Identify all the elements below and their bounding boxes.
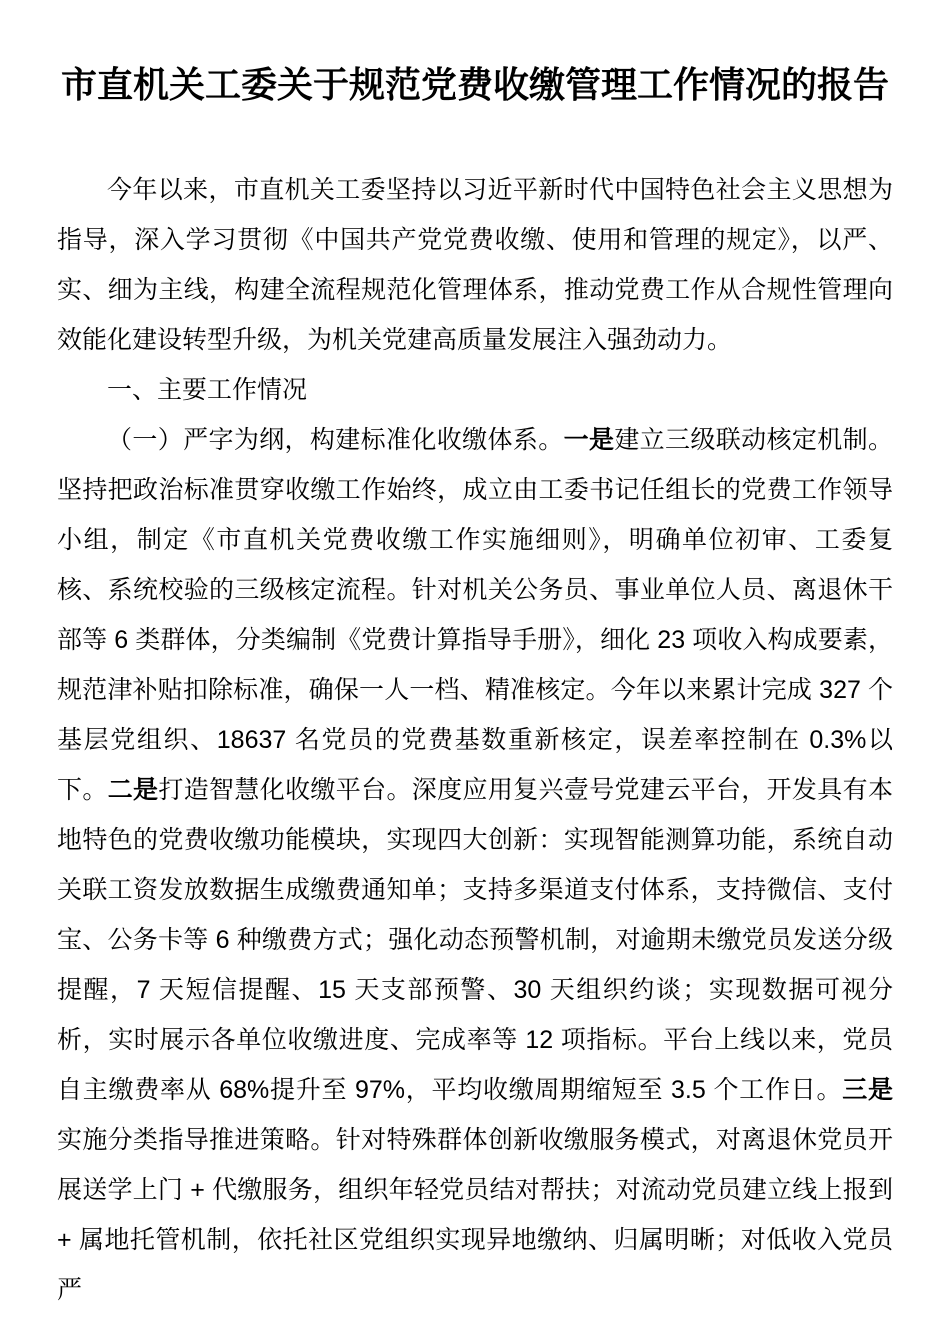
emphasis-run-sanshi: 三是 [842, 1076, 893, 1104]
document-body: 今年以来，市直机关工委坚持以习近平新时代中国特色社会主义思想为指导，深入学习贯彻… [57, 165, 893, 1315]
document-page: 市直机关工委关于规范党费收缴管理工作情况的报告 今年以来，市直机关工委坚持以习近… [0, 0, 950, 1344]
section-1-paragraph-1: （一）严字为纲，构建标准化收缴体系。一是建立三级联动核定机制。坚持把政治标准贯穿… [57, 415, 893, 1315]
text-run-4: 实施分类指导推进策略。针对特殊群体创新收缴服务模式，对离退休党员开展送学上门 +… [57, 1126, 893, 1304]
section-1-heading: 一、主要工作情况 [57, 365, 893, 415]
text-run-2: 建立三级联动核定机制。坚持把政治标准贯穿收缴工作始终，成立由工委书记任组长的党费… [57, 426, 893, 804]
text-run-3: 打造智慧化收缴平台。深度应用复兴壹号党建云平台，开发具有本地特色的党费收缴功能模… [57, 776, 893, 1104]
emphasis-run-ershi: 二是 [108, 776, 159, 804]
document-title: 市直机关工委关于规范党费收缴管理工作情况的报告 [57, 61, 893, 109]
text-run-1: （一）严字为纲，构建标准化收缴体系。 [107, 426, 564, 454]
emphasis-run-yishi: 一是 [564, 426, 615, 454]
intro-paragraph: 今年以来，市直机关工委坚持以习近平新时代中国特色社会主义思想为指导，深入学习贯彻… [57, 165, 893, 365]
